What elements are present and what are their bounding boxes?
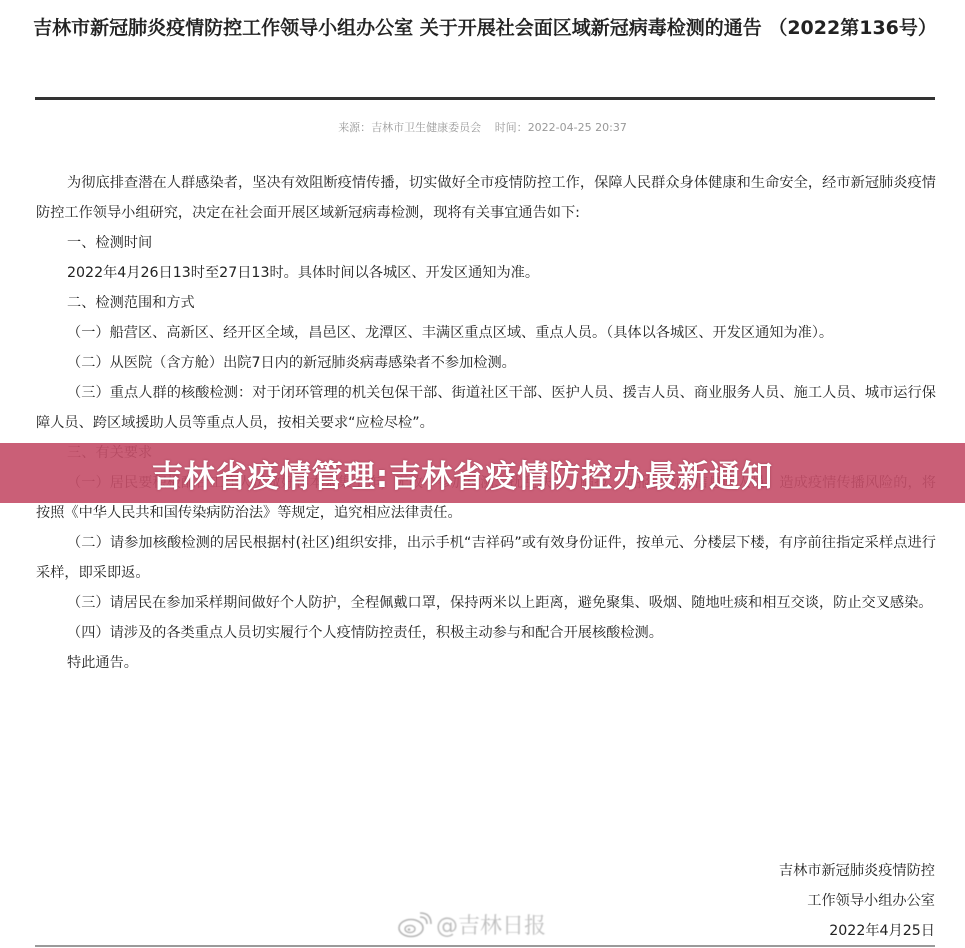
paragraph: （三）重点人群的核酸检测：对于闭环管理的机关包保干部、街道社区干部、医护人员、援… — [36, 378, 936, 438]
signature-block: 吉林市新冠肺炎疫情防控 工作领导小组办公室 2022年4月25日 — [779, 856, 935, 946]
title-divider — [35, 97, 935, 100]
overlay-banner: 吉林省疫情管理:吉林省疫情防控办最新通知 — [0, 443, 965, 503]
article-meta: 来源：吉林市卫生健康委员会 时间：2022-04-25 20:37 — [0, 121, 965, 135]
footer-divider — [35, 945, 935, 947]
signature-org-line2: 工作领导小组办公室 — [779, 886, 935, 916]
weibo-icon — [398, 912, 432, 938]
banner-headline: 吉林省疫情管理:吉林省疫情防控办最新通知 — [152, 451, 773, 496]
watermark-text: @吉林日报 — [436, 909, 546, 940]
paragraph: （二）请参加核酸检测的居民根据村(社区)组织安排，出示手机“吉祥码”或有效身份证… — [36, 528, 936, 588]
closing-paragraph: 特此通告。 — [36, 648, 936, 678]
paragraph: （一）船营区、高新区、经开区全域，昌邑区、龙潭区、丰满区重点区域、重点人员。（具… — [36, 318, 936, 348]
time-label: 时间： — [495, 121, 528, 134]
paragraph: （二）从医院（含方舱）出院7日内的新冠肺炎病毒感染者不参加检测。 — [36, 348, 936, 378]
intro-paragraph: 为彻底排查潜在人群感染者，坚决有效阻断疫情传播，切实做好全市疫情防控工作，保障人… — [36, 168, 936, 228]
source-info: 来源：吉林市卫生健康委员会 — [338, 121, 481, 134]
signature-date: 2022年4月25日 — [779, 916, 935, 946]
section-heading-1: 一、检测时间 — [36, 228, 936, 258]
signature-org-line1: 吉林市新冠肺炎疫情防控 — [779, 856, 935, 886]
paragraph: （三）请居民在参加采样期间做好个人防护，全程佩戴口罩，保持两米以上距离，避免聚集… — [36, 588, 936, 618]
time-value: 2022-04-25 20:37 — [528, 121, 627, 134]
source-label: 来源： — [338, 121, 371, 134]
time-info: 时间：2022-04-25 20:37 — [495, 121, 627, 134]
paragraph: 2022年4月26日13时至27日13时。具体时间以各城区、开发区通知为准。 — [36, 258, 936, 288]
document-title: 吉林市新冠肺炎疫情防控工作领导小组办公室 关于开展社会面区域新冠病毒检测的通告 … — [30, 14, 940, 42]
weibo-watermark: @吉林日报 — [398, 909, 546, 940]
paragraph: （四）请涉及的各类重点人员切实履行个人疫情防控责任，积极主动参与和配合开展核酸检… — [36, 618, 936, 648]
source-value: 吉林市卫生健康委员会 — [371, 121, 481, 134]
section-heading-2: 二、检测范围和方式 — [36, 288, 936, 318]
article-body: 为彻底排查潜在人群感染者，坚决有效阻断疫情传播，切实做好全市疫情防控工作，保障人… — [36, 168, 936, 678]
